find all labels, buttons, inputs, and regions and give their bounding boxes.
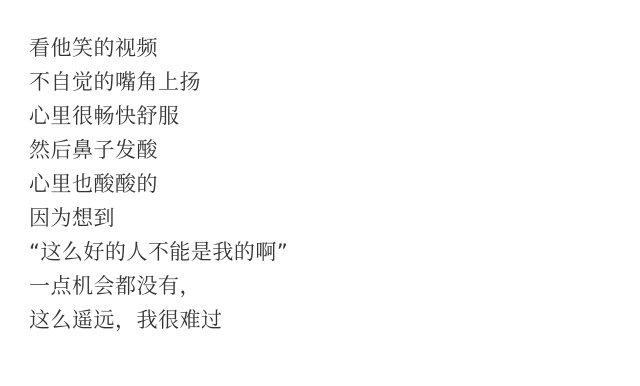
poem-line-7: “这么好的人不能是我的啊” [29,235,288,269]
poem-line-6: 因为想到 [29,201,288,235]
poem-line-1: 看他笑的视频 [29,31,288,65]
poem-line-3: 心里很畅快舒服 [29,99,288,133]
poem-line-4: 然后鼻子发酸 [29,133,288,167]
poem-line-5: 心里也酸酸的 [29,167,288,201]
poem-text-block: 看他笑的视频 不自觉的嘴角上扬 心里很畅快舒服 然后鼻子发酸 心里也酸酸的 因为… [29,31,288,337]
poem-line-2: 不自觉的嘴角上扬 [29,65,288,99]
poem-line-9: 这么遥远，我很难过 [29,303,288,337]
poem-line-8: 一点机会都没有， [29,269,288,303]
